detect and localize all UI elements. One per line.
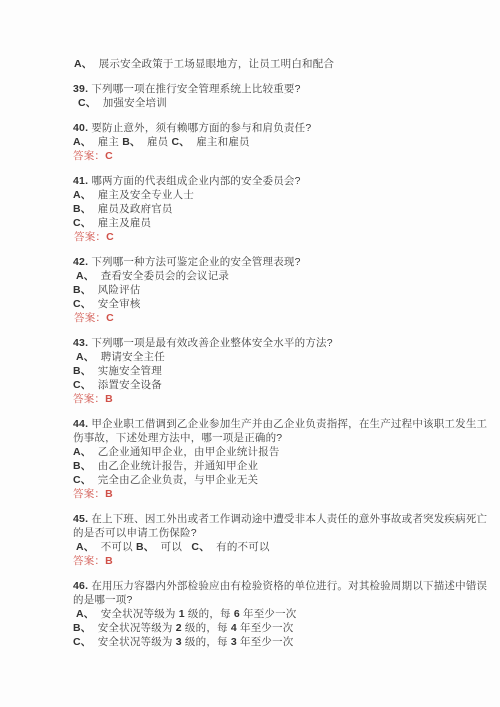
text-segment: 雇主及雇员 bbox=[91, 217, 151, 229]
text-segment: 伤事故，下述处理方法中，哪一项是正确的? bbox=[73, 432, 282, 444]
question-line: 45. 在上下班、因工外出或者工作调动途中遭受非本人责任的意外事故或者突发疾病死… bbox=[73, 512, 500, 526]
text-segment: 的是哪一项? bbox=[73, 594, 133, 606]
text-segment: 雇主和雇员 bbox=[190, 136, 250, 148]
text-segment: 答案： bbox=[73, 488, 105, 500]
text-segment: A、 bbox=[73, 136, 91, 148]
text-segment: 年至少一次 bbox=[237, 636, 294, 648]
text-segment: 加强安全培训 bbox=[96, 97, 166, 109]
text-segment: 46. bbox=[73, 580, 88, 592]
text-segment: B bbox=[105, 393, 113, 405]
text-segment: 聘请安全主任 bbox=[94, 351, 164, 363]
option-line: C、 完全由乙企业负责，与甲企业无关 bbox=[73, 473, 500, 487]
option-line: B、 安全状况等级为 2 级的，每 4 年至少一次 bbox=[73, 621, 500, 635]
continuation-line: 伤事故，下述处理方法中，哪一项是正确的? bbox=[73, 431, 500, 445]
question-39: 39. 下列哪一项在推行安全管理系统上比较重要?C、 加强安全培训 bbox=[73, 82, 500, 110]
option-line: C、 安全审核 bbox=[73, 297, 500, 311]
option-line: B、 实施安全管理 bbox=[73, 364, 500, 378]
text-segment: 安全状况等级为 bbox=[91, 622, 175, 634]
text-segment: 雇员及政府官员 bbox=[91, 203, 172, 215]
text-segment: 年至少一次 bbox=[240, 608, 297, 620]
option-line: C、 安全状况等级为 3 级的，每 3 年至少一次 bbox=[73, 635, 500, 649]
option-line: A、 展示安全政策于工场显眼地方，让员工明白和配合 bbox=[73, 57, 500, 71]
option-line: C、 雇主及雇员 bbox=[73, 216, 500, 230]
question-45: 45. 在上下班、因工外出或者工作调动途中遭受非本人责任的意外事故或者突发疾病死… bbox=[73, 512, 500, 568]
text-segment: 44. bbox=[73, 418, 88, 430]
text-segment: 由乙企业统计报告，并通知甲企业 bbox=[91, 460, 258, 472]
text-segment: 级的，每 bbox=[182, 636, 231, 648]
text-segment: A、 bbox=[73, 446, 91, 458]
answer-line: 答案：B bbox=[73, 554, 500, 568]
text-segment: 答案： bbox=[73, 555, 105, 567]
text-segment: A、 bbox=[74, 58, 92, 70]
answer-line: 答案：C bbox=[73, 311, 500, 325]
text-segment: 风险评估 bbox=[91, 284, 140, 296]
continuation-line: 的是否可以申请工伤保险? bbox=[73, 526, 500, 540]
question-40: 40. 要防止意外，须有赖哪方面的参与和肩负责任?A、 雇主 B、 雇员 C、 … bbox=[73, 121, 500, 163]
option-line: A、 雇主 B、 雇员 C、 雇主和雇员 bbox=[73, 135, 500, 149]
text-segment: B、 bbox=[122, 136, 140, 148]
question-line: 41. 哪两方面的代表组成企业内部的安全委员会? bbox=[73, 174, 500, 188]
text-segment: 有的不可以 bbox=[210, 541, 270, 553]
question-42: 42. 下列哪一种方法可鉴定企业的安全管理表现?A、 查看安全委员会的会议记录B… bbox=[73, 255, 500, 325]
text-segment: 45. bbox=[73, 513, 88, 525]
text-segment: 下列哪一种方法可鉴定企业的安全管理表现? bbox=[88, 256, 300, 268]
option-line: A、 雇主及安全专业人士 bbox=[73, 188, 500, 202]
text-segment: 级的，每 bbox=[185, 608, 234, 620]
text-segment: C bbox=[105, 150, 113, 162]
question-line: 44. 甲企业职工借调到乙企业参加生产并由乙企业负责指挥，在生产过程中该职工发生… bbox=[73, 417, 500, 431]
question-line: 42. 下列哪一种方法可鉴定企业的安全管理表现? bbox=[73, 255, 500, 269]
option-line: B、 由乙企业统计报告，并通知甲企业 bbox=[73, 459, 500, 473]
document-page: A、 展示安全政策于工场显眼地方，让员工明白和配合39. 下列哪一项在推行安全管… bbox=[0, 0, 500, 707]
text-segment: B、 bbox=[73, 365, 91, 377]
text-segment: 雇主及安全专业人士 bbox=[91, 189, 194, 201]
text-segment: 哪两方面的代表组成企业内部的安全委员会? bbox=[88, 175, 300, 187]
question-line: 40. 要防止意外，须有赖哪方面的参与和肩负责任? bbox=[73, 121, 500, 135]
option-line: A、 聘请安全主任 bbox=[73, 350, 500, 364]
text-segment: B、 bbox=[73, 203, 91, 215]
question-46: 46. 在用压力容器内外部检验应由有检验资格的单位进行。对其检验周期以下描述中错… bbox=[73, 579, 500, 649]
text-segment: 乙企业通知甲企业，由甲企业统计报告 bbox=[91, 446, 279, 458]
text-segment: A、 bbox=[73, 189, 91, 201]
text-segment: 39. bbox=[73, 83, 88, 95]
text-segment: 40. bbox=[73, 122, 88, 134]
text-segment: 的是否可以申请工伤保险? bbox=[73, 527, 197, 539]
text-segment: C bbox=[106, 312, 114, 324]
option-line: A、 安全状况等级为 1 级的，每 6 年至少一次 bbox=[73, 607, 500, 621]
text-segment: C、 bbox=[78, 97, 96, 109]
text-segment: 雇主 bbox=[91, 136, 122, 148]
text-segment: 查看安全委员会的会议记录 bbox=[94, 270, 229, 282]
exam-questions-content: A、 展示安全政策于工场显眼地方，让员工明白和配合39. 下列哪一项在推行安全管… bbox=[73, 57, 500, 660]
text-segment: C、 bbox=[73, 298, 91, 310]
text-segment: A、 bbox=[76, 270, 94, 282]
text-segment: 可以 bbox=[154, 541, 191, 553]
text-segment: 答案： bbox=[74, 312, 106, 324]
answer-line: 答案：B bbox=[73, 487, 500, 501]
text-segment: 完全由乙企业负责，与甲企业无关 bbox=[91, 474, 258, 486]
text-segment: 下列哪一项是最有效改善企业整体安全水平的方法? bbox=[88, 337, 333, 349]
answer-line: 答案：C bbox=[73, 230, 500, 244]
option-line: B、 雇员及政府官员 bbox=[73, 202, 500, 216]
text-segment: B、 bbox=[73, 622, 91, 634]
text-segment: 在上下班、因工外出或者工作调动途中遭受非本人责任的意外事故或者突发疾病死亡 bbox=[88, 513, 487, 525]
text-segment: 级的，每 bbox=[182, 622, 231, 634]
text-segment: 不可以 bbox=[94, 541, 135, 553]
text-segment: 添置安全设备 bbox=[91, 379, 161, 391]
text-segment: 年至少一次 bbox=[237, 622, 294, 634]
text-segment: C、 bbox=[73, 636, 91, 648]
text-segment: 42. bbox=[73, 256, 88, 268]
text-segment: B、 bbox=[136, 541, 154, 553]
answer-line: 答案：C bbox=[73, 149, 500, 163]
question-line: 39. 下列哪一项在推行安全管理系统上比较重要? bbox=[73, 82, 500, 96]
text-segment: 43. bbox=[73, 337, 88, 349]
text-segment: 要防止意外，须有赖哪方面的参与和肩负责任? bbox=[88, 122, 311, 134]
option-line: A、 查看安全委员会的会议记录 bbox=[73, 269, 500, 283]
text-segment: 安全状况等级为 bbox=[91, 636, 175, 648]
option-line: C、 加强安全培训 bbox=[73, 96, 500, 110]
text-segment: A、 bbox=[76, 541, 94, 553]
text-segment: B bbox=[105, 555, 113, 567]
option-line: A、 乙企业通知甲企业，由甲企业统计报告 bbox=[73, 445, 500, 459]
answer-line: 答案：B bbox=[73, 392, 500, 406]
text-segment: 答案： bbox=[73, 150, 105, 162]
text-segment: 答案： bbox=[74, 231, 106, 243]
text-segment: 实施安全管理 bbox=[91, 365, 161, 377]
text-segment: 41. bbox=[73, 175, 88, 187]
text-segment: B、 bbox=[73, 284, 91, 296]
text-segment: A、 bbox=[76, 608, 94, 620]
text-segment: C、 bbox=[73, 474, 91, 486]
text-segment: 在用压力容器内外部检验应由有检验资格的单位进行。对其检验周期以下描述中错误 bbox=[88, 580, 487, 592]
text-segment: C、 bbox=[73, 379, 91, 391]
text-segment: 甲企业职工借调到乙企业参加生产并由乙企业负责指挥，在生产过程中该职工发生工 bbox=[88, 418, 487, 430]
text-segment: 展示安全政策于工场显眼地方，让员工明白和配合 bbox=[92, 58, 334, 70]
text-segment: 雇员 bbox=[141, 136, 172, 148]
continuation-line: 的是哪一项? bbox=[73, 593, 500, 607]
option-line: B、 风险评估 bbox=[73, 283, 500, 297]
text-segment: C bbox=[106, 231, 114, 243]
question-line: 43. 下列哪一项是最有效改善企业整体安全水平的方法? bbox=[73, 336, 500, 350]
text-segment: B bbox=[105, 488, 113, 500]
question-43: 43. 下列哪一项是最有效改善企业整体安全水平的方法?A、 聘请安全主任B、 实… bbox=[73, 336, 500, 406]
text-segment: 下列哪一项在推行安全管理系统上比较重要? bbox=[88, 83, 300, 95]
option-line: C、 添置安全设备 bbox=[73, 378, 500, 392]
text-segment: C、 bbox=[191, 541, 209, 553]
text-segment: B、 bbox=[73, 460, 91, 472]
question-line: 46. 在用压力容器内外部检验应由有检验资格的单位进行。对其检验周期以下描述中错… bbox=[73, 579, 500, 593]
text-segment: 安全审核 bbox=[91, 298, 140, 310]
text-segment: 答案： bbox=[73, 393, 105, 405]
option-line: A、 不可以 B、 可以 C、 有的不可以 bbox=[73, 540, 500, 554]
question-41: 41. 哪两方面的代表组成企业内部的安全委员会?A、 雇主及安全专业人士B、 雇… bbox=[73, 174, 500, 244]
orphan-option-a: A、 展示安全政策于工场显眼地方，让员工明白和配合 bbox=[73, 57, 500, 71]
text-segment: C、 bbox=[172, 136, 190, 148]
text-segment: A、 bbox=[76, 351, 94, 363]
text-segment: 安全状况等级为 bbox=[94, 608, 178, 620]
question-44: 44. 甲企业职工借调到乙企业参加生产并由乙企业负责指挥，在生产过程中该职工发生… bbox=[73, 417, 500, 501]
text-segment: C、 bbox=[73, 217, 91, 229]
